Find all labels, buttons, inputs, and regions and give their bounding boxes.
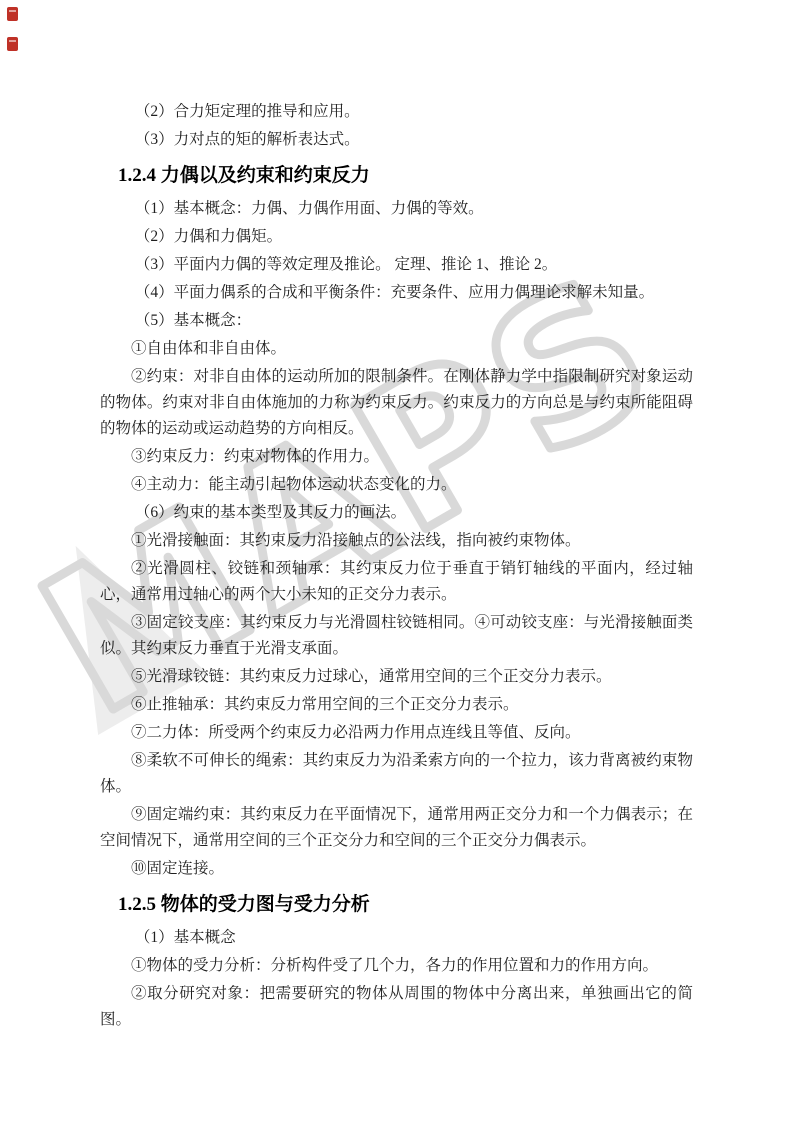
paragraph: ②取分研究对象：把需要研究的物体从周围的物体中分离出来，单独画出它的简图。 (100, 981, 693, 1033)
paragraph: ⑧柔软不可伸长的绳索：其约束反力为沿柔索方向的一个拉力，该力背离被约束物体。 (100, 748, 693, 800)
paragraph: （5）基本概念： (100, 308, 693, 334)
paragraph: （2）力偶和力偶矩。 (100, 224, 693, 250)
paragraph: ②光滑圆柱、铰链和颈轴承：其约束反力位于垂直于销钉轴线的平面内，经过轴心，通常用… (100, 556, 693, 608)
paragraph: ③约束反力：约束对物体的作用力。 (100, 444, 693, 470)
section-heading: 1.2.5 物体的受力图与受力分析 (118, 891, 693, 919)
paragraph: （3）力对点的矩的解析表达式。 (100, 127, 693, 153)
paragraph: ③固定铰支座：其约束反力与光滑圆柱铰链相同。④可动铰支座：与光滑接触面类似。其约… (100, 610, 693, 662)
red-bookmark-icon (7, 7, 18, 21)
paragraph: ①物体的受力分析：分析构件受了几个力，各力的作用位置和力的作用方向。 (100, 953, 693, 979)
paragraph: ⑥止推轴承：其约束反力常用空间的三个正交分力表示。 (100, 692, 693, 718)
red-bookmark-icon (7, 37, 18, 51)
paragraph: （3）平面内力偶的等效定理及推论。 定理、推论 1、推论 2。 (100, 252, 693, 278)
document-page: MAPS （2）合力矩定理的推导和应用。（3）力对点的矩的解析表达式。1.2.4… (0, 0, 793, 1122)
paragraph: ①光滑接触面：其约束反力沿接触点的公法线，指向被约束物体。 (100, 528, 693, 554)
paragraph: ⑨固定端约束：其约束反力在平面情况下，通常用两正交分力和一个力偶表示；在空间情况… (100, 802, 693, 854)
paragraph: （2）合力矩定理的推导和应用。 (100, 99, 693, 125)
paragraph: ⑤光滑球铰链：其约束反力过球心，通常用空间的三个正交分力表示。 (100, 664, 693, 690)
paragraph: ④主动力：能主动引起物体运动状态变化的力。 (100, 472, 693, 498)
paragraph: ①自由体和非自由体。 (100, 336, 693, 362)
document-body: （2）合力矩定理的推导和应用。（3）力对点的矩的解析表达式。1.2.4 力偶以及… (0, 0, 793, 1033)
paragraph: ②约束：对非自由体的运动所加的限制条件。在刚体静力学中指限制研究对象运动的物体。… (100, 364, 693, 442)
paragraph: ⑦二力体：所受两个约束反力必沿两力作用点连线且等值、反向。 (100, 720, 693, 746)
paragraph: （1）基本概念：力偶、力偶作用面、力偶的等效。 (100, 196, 693, 222)
paragraph: （6）约束的基本类型及其反力的画法。 (100, 500, 693, 526)
paragraph: ⑩固定连接。 (100, 856, 693, 882)
section-heading: 1.2.4 力偶以及约束和约束反力 (118, 162, 693, 190)
paragraph: （1）基本概念 (100, 925, 693, 951)
paragraph: （4）平面力偶系的合成和平衡条件：充要条件、应用力偶理论求解未知量。 (100, 280, 693, 306)
